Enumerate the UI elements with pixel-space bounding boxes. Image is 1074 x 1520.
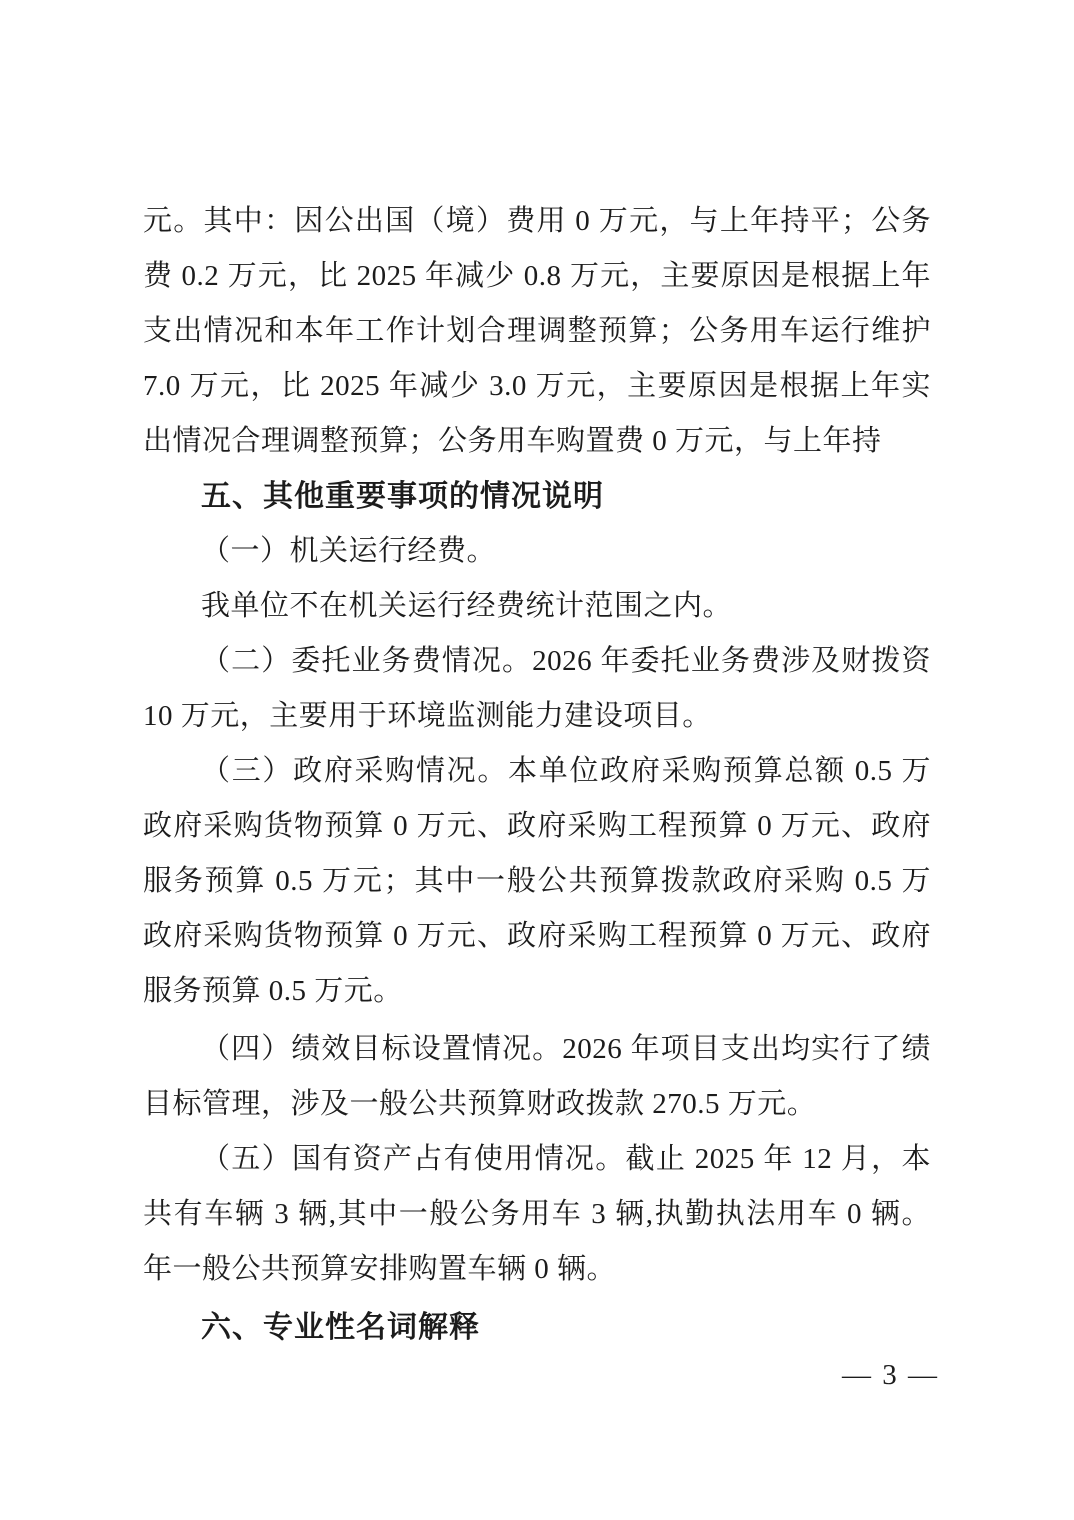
text-line: 年一般公共预算安排购置车辆 0 辆。 xyxy=(143,1242,931,1297)
text-line: 政府采购货物预算 0 万元、政府采购工程预算 0 万元、政府采购 xyxy=(143,799,931,854)
text-line: 元。其中：因公出国（境）费用 0 万元，与上年持平；公务接待 xyxy=(143,194,931,249)
text-line: 出情况合理调整预算；公务用车购置费 0 万元，与上年持平。 xyxy=(143,414,931,469)
text-line: 支出情况和本年工作计划合理调整预算；公务用车运行维护费 xyxy=(143,304,931,359)
document-page: 元。其中：因公出国（境）费用 0 万元，与上年持平；公务接待 费 0.2 万元，… xyxy=(0,0,1074,1520)
text-line: （五）国有资产占有使用情况。截止 2025 年 12 月，本单位 xyxy=(143,1132,931,1187)
text-line: 服务预算 0.5 万元；其中一般公共预算拨款政府采购 0.5 万元： xyxy=(143,854,931,909)
text-line: （二）委托业务费情况。2026 年委托业务费涉及财拨资金 xyxy=(143,634,931,689)
text-line: （一）机关运行经费。 xyxy=(143,524,931,579)
text-line: （三）政府采购情况。本单位政府采购预算总额 0.5 万元： xyxy=(143,744,931,799)
page-number: — 3 — xyxy=(143,1348,939,1403)
text-line: 费 0.2 万元，比 2025 年减少 0.8 万元，主要原因是根据上年实际 xyxy=(143,249,931,304)
text-line: 服务预算 0.5 万元。 xyxy=(143,964,931,1019)
section-heading-5: 五、其他重要事项的情况说明 xyxy=(143,469,931,524)
section-heading-6: 六、专业性名词解释 xyxy=(143,1300,931,1355)
text-line: 我单位不在机关运行经费统计范围之内。 xyxy=(143,579,931,634)
text-line: （四）绩效目标设置情况。2026 年项目支出均实行了绩效 xyxy=(143,1022,931,1077)
text-line: 10 万元，主要用于环境监测能力建设项目。 xyxy=(143,689,931,744)
text-line: 目标管理，涉及一般公共预算财政拨款 270.5 万元。 xyxy=(143,1077,931,1132)
text-line: 7.0 万元，比 2025 年减少 3.0 万元，主要原因是根据上年实际支 xyxy=(143,359,931,414)
text-line: 政府采购货物预算 0 万元、政府采购工程预算 0 万元、政府采购 xyxy=(143,909,931,964)
text-line: 共有车辆 3 辆,其中一般公务用车 3 辆,执勤执法用车 0 辆。2025 xyxy=(143,1187,931,1242)
document-text-block: 元。其中：因公出国（境）费用 0 万元，与上年持平；公务接待 费 0.2 万元，… xyxy=(143,194,931,1355)
